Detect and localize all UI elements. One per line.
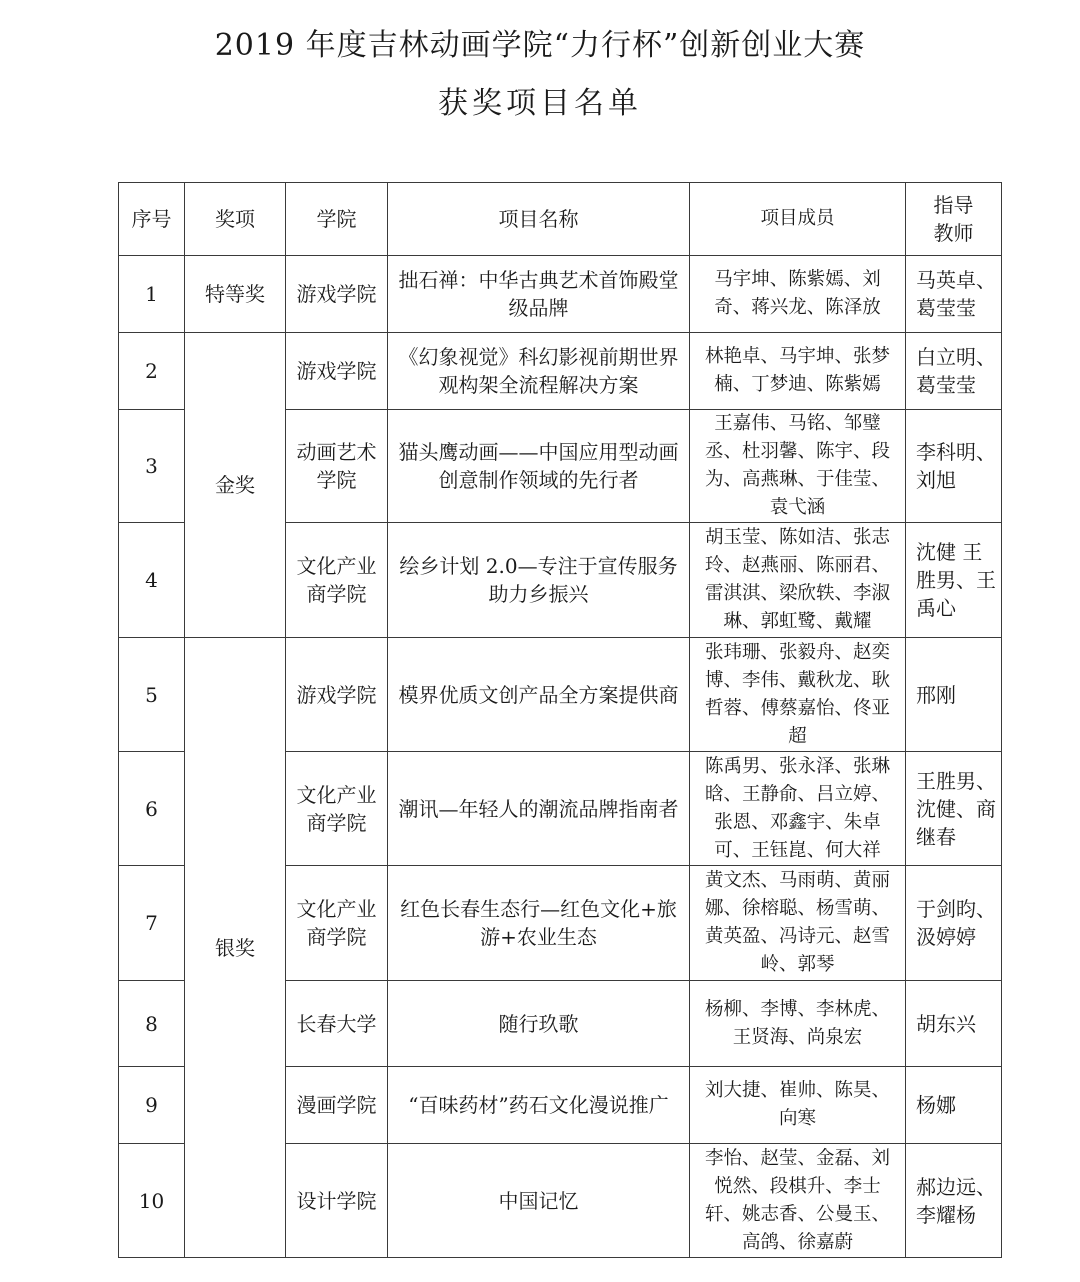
members-cell: 陈禹男、张永泽、张琳晗、王静俞、吕立婷、张恩、邓鑫宇、朱卓可、王钰崑、何大祥 <box>690 752 906 866</box>
award-cell-special: 特等奖 <box>185 256 286 333</box>
teacher-cell: 邢刚 <box>906 638 1002 752</box>
row-index: 1 <box>119 256 185 333</box>
table-row: 2 金奖 游戏学院 《幻象视觉》科幻影视前期世界观构架全流程解决方案 林艳卓、马… <box>119 333 1002 410</box>
members-cell: 王嘉伟、马铭、邹璧丞、杜羽馨、陈宇、段为、高燕琳、于佳莹、袁弋涵 <box>690 410 906 523</box>
college-cell: 动画艺术学院 <box>286 410 388 523</box>
college-cell: 文化产业商学院 <box>286 752 388 866</box>
award-list-table: 序号 奖项 学院 项目名称 项目成员 指导教师 1 特等奖 游戏学院 拙石禅：中… <box>118 182 1002 1258</box>
college-cell: 漫画学院 <box>286 1067 388 1144</box>
college-cell: 文化产业商学院 <box>286 523 388 638</box>
row-index: 7 <box>119 866 185 981</box>
members-cell: 胡玉莹、陈如洁、张志玲、赵燕丽、陈丽君、雷淇淇、梁欣轶、李淑琳、郭虹鹭、戴耀 <box>690 523 906 638</box>
row-index: 3 <box>119 410 185 523</box>
project-cell: 模界优质文创产品全方案提供商 <box>388 638 690 752</box>
members-cell: 李怡、赵莹、金磊、刘悦然、段棋升、李士轩、姚志香、公曼玉、高鸽、徐嘉蔚 <box>690 1144 906 1258</box>
teacher-cell: 杨娜 <box>906 1067 1002 1144</box>
college-cell: 游戏学院 <box>286 333 388 410</box>
header-teacher: 指导教师 <box>906 183 1002 256</box>
college-cell: 游戏学院 <box>286 638 388 752</box>
college-cell: 设计学院 <box>286 1144 388 1258</box>
college-cell: 游戏学院 <box>286 256 388 333</box>
project-cell: 拙石禅：中华古典艺术首饰殿堂级品牌 <box>388 256 690 333</box>
row-index: 4 <box>119 523 185 638</box>
header-project: 项目名称 <box>388 183 690 256</box>
table-header-row: 序号 奖项 学院 项目名称 项目成员 指导教师 <box>119 183 1002 256</box>
teacher-cell: 郝边远、李耀杨 <box>906 1144 1002 1258</box>
header-index: 序号 <box>119 183 185 256</box>
college-cell: 文化产业商学院 <box>286 866 388 981</box>
award-cell-gold: 金奖 <box>185 333 286 638</box>
project-cell: 潮讯—年轻人的潮流品牌指南者 <box>388 752 690 866</box>
document-subtitle: 获奖项目名单 <box>0 78 1080 122</box>
teacher-cell: 马英卓、葛莹莹 <box>906 256 1002 333</box>
project-cell: 中国记忆 <box>388 1144 690 1258</box>
members-cell: 杨柳、李博、李林虎、王贤海、尚泉宏 <box>690 981 906 1067</box>
teacher-cell: 白立明、葛莹莹 <box>906 333 1002 410</box>
project-cell: “百味药材”药石文化漫说推广 <box>388 1067 690 1144</box>
document-title: 2019 年度吉林动画学院“力行杯”创新创业大赛 <box>0 20 1080 64</box>
teacher-cell: 李科明、刘旭 <box>906 410 1002 523</box>
row-index: 8 <box>119 981 185 1067</box>
project-cell: 《幻象视觉》科幻影视前期世界观构架全流程解决方案 <box>388 333 690 410</box>
project-cell: 绘乡计划 2.0—专注于宣传服务助力乡振兴 <box>388 523 690 638</box>
row-index: 10 <box>119 1144 185 1258</box>
members-cell: 林艳卓、马宇坤、张梦楠、丁梦迪、陈紫嫣 <box>690 333 906 410</box>
row-index: 5 <box>119 638 185 752</box>
award-cell-silver: 银奖 <box>185 638 286 1258</box>
table-row: 1 特等奖 游戏学院 拙石禅：中华古典艺术首饰殿堂级品牌 马宇坤、陈紫嫣、刘奇、… <box>119 256 1002 333</box>
teacher-cell: 胡东兴 <box>906 981 1002 1067</box>
members-cell: 张玮珊、张毅舟、赵奕博、李伟、戴秋龙、耿哲蓉、傅蔡嘉怡、佟亚超 <box>690 638 906 752</box>
members-cell: 马宇坤、陈紫嫣、刘奇、蒋兴龙、陈泽放 <box>690 256 906 333</box>
members-cell: 黄文杰、马雨萌、黄丽娜、徐榕聪、杨雪萌、黄英盈、冯诗元、赵雪岭、郭琴 <box>690 866 906 981</box>
row-index: 6 <box>119 752 185 866</box>
teacher-cell: 于剑昀、汲婷婷 <box>906 866 1002 981</box>
members-cell: 刘大捷、崔帅、陈昊、向寒 <box>690 1067 906 1144</box>
header-award: 奖项 <box>185 183 286 256</box>
header-members: 项目成员 <box>690 183 906 256</box>
project-cell: 猫头鹰动画——中国应用型动画创意制作领域的先行者 <box>388 410 690 523</box>
project-cell: 红色长春生态行—红色文化+旅游+农业生态 <box>388 866 690 981</box>
row-index: 2 <box>119 333 185 410</box>
header-college: 学院 <box>286 183 388 256</box>
college-cell: 长春大学 <box>286 981 388 1067</box>
row-index: 9 <box>119 1067 185 1144</box>
project-cell: 随行玖歌 <box>388 981 690 1067</box>
teacher-cell: 王胜男、沈健、商继春 <box>906 752 1002 866</box>
table-row: 5 银奖 游戏学院 模界优质文创产品全方案提供商 张玮珊、张毅舟、赵奕博、李伟、… <box>119 638 1002 752</box>
teacher-cell: 沈健 王胜男、王禹心 <box>906 523 1002 638</box>
